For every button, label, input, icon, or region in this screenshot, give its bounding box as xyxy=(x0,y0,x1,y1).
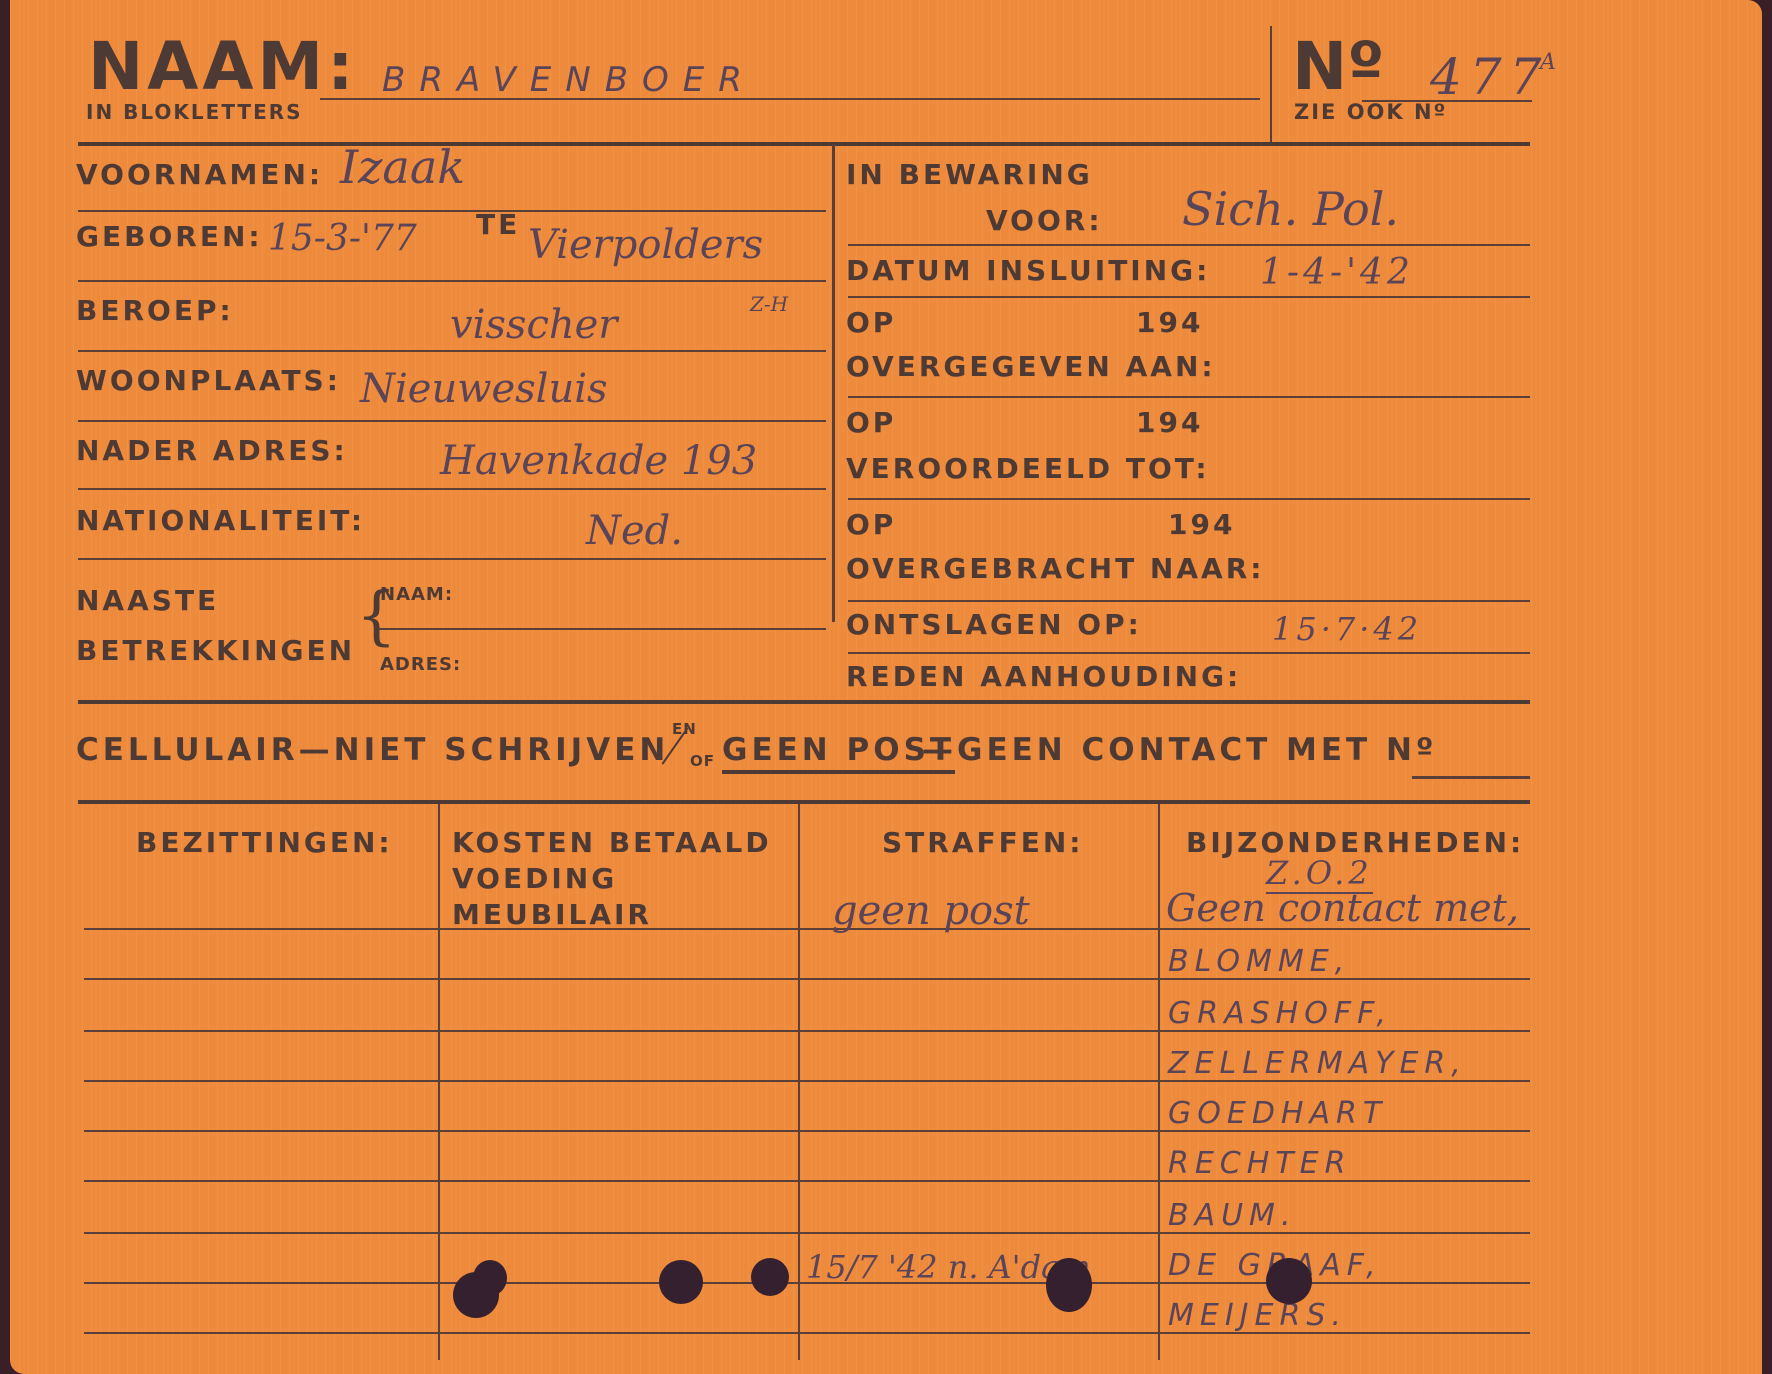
bewaring-label-2: VOOR: xyxy=(986,204,1103,237)
op1-year: 194 xyxy=(1136,306,1203,339)
registration-card: NAAM: IN BLOKLETTERS BRAVENBOER Nº ZIE O… xyxy=(10,0,1762,1374)
column-divider-3 xyxy=(1158,804,1160,1360)
geboren-label: GEBOREN: xyxy=(76,220,263,253)
op3-year: 194 xyxy=(1168,508,1235,541)
ontslagen-value: 15·7·42 xyxy=(1272,610,1422,648)
bijz-name-4: GOEDHART xyxy=(1168,1096,1387,1131)
veroordeeld-line xyxy=(848,498,1530,500)
te-value: Vierpolders xyxy=(528,222,763,268)
naam-underline xyxy=(320,98,1260,100)
column-divider-2 xyxy=(798,804,800,1360)
naaste-naam-line xyxy=(378,628,826,630)
naaste-label-2: BETREKKINGEN xyxy=(76,634,355,667)
bijz-name-5: RECHTER xyxy=(1168,1146,1351,1181)
nader-adres-line xyxy=(78,488,826,490)
bewaring-value: Sich. Pol. xyxy=(1182,182,1399,236)
punch-hole xyxy=(473,1260,507,1296)
ontslagen-line xyxy=(848,652,1530,654)
te-label: TE xyxy=(476,208,520,241)
naaste-adres-label: ADRES: xyxy=(380,654,461,675)
contact-nummer-line xyxy=(1412,776,1530,779)
nummer-value: 477 xyxy=(1430,48,1549,106)
beroep-value: visscher xyxy=(450,302,617,348)
naam-label: NAAM: xyxy=(88,28,357,105)
punch-hole xyxy=(1046,1258,1092,1312)
voornamen-value: Izaak xyxy=(340,140,465,194)
overgebracht-line xyxy=(848,600,1530,602)
row-line-7 xyxy=(84,1232,1530,1234)
ontslagen-label: ONTSLAGEN OP: xyxy=(846,608,1142,641)
naaste-naam-label: NAAM: xyxy=(380,584,453,605)
bijz-name-6: BAUM. xyxy=(1168,1198,1296,1233)
overgegeven-line xyxy=(848,396,1530,398)
nationaliteit-value: Ned. xyxy=(586,508,683,554)
op3-label: OP xyxy=(846,508,896,541)
straffen-header: STRAFFEN: xyxy=(882,826,1084,859)
nader-adres-label: NADER ADRES: xyxy=(76,434,348,467)
instruction-of: OF xyxy=(690,752,715,770)
zie-ook-label: ZIE OOK Nº xyxy=(1294,100,1447,124)
straffen-value: geen post xyxy=(832,888,1030,934)
naam-sublabel: IN BLOKLETTERS xyxy=(86,100,303,124)
bijz-name-1: BLOMME, xyxy=(1168,944,1350,979)
insluiting-line xyxy=(848,296,1530,298)
bijz-name-3: ZELLERMAYER, xyxy=(1168,1046,1467,1081)
header-rule xyxy=(78,142,1530,146)
nader-adres-value: Havenkade 193 xyxy=(440,438,757,484)
instruction-part1: CELLULAIR—NIET SCHRIJVEN xyxy=(76,732,669,768)
nummer-label: Nº xyxy=(1292,28,1384,105)
insluiting-value: 1-4-'42 xyxy=(1260,252,1414,293)
overgegeven-label: OVERGEGEVEN AAN: xyxy=(846,350,1216,383)
voornamen-line xyxy=(78,210,826,212)
kosten-header-1: KOSTEN BETAALD xyxy=(452,826,772,859)
voornamen-label: VOORNAMEN: xyxy=(76,158,323,191)
column-divider-1 xyxy=(438,804,440,1360)
te-note: Z-H xyxy=(750,292,788,316)
punch-hole xyxy=(751,1258,789,1296)
overgebracht-label: OVERGEBRACHT NAAR: xyxy=(846,552,1264,585)
woonplaats-value: Nieuwesluis xyxy=(360,366,608,412)
insluiting-label: DATUM INSLUITING: xyxy=(846,254,1210,287)
beroep-line xyxy=(78,350,826,352)
bezittingen-header: BEZITTINGEN: xyxy=(136,826,393,859)
instruction-part2: —GEEN CONTACT MET Nº xyxy=(922,732,1437,768)
op2-label: OP xyxy=(846,406,896,439)
naam-value: BRAVENBOER xyxy=(382,60,756,100)
bewaring-label-1: IN BEWARING xyxy=(846,158,1093,191)
bijz-name-2: GRASHOFF, xyxy=(1168,996,1392,1031)
veroordeeld-label: VEROORDEELD TOT: xyxy=(846,452,1210,485)
header-divider xyxy=(1270,26,1272,144)
geboren-value: 15-3-'77 xyxy=(268,218,417,259)
punch-hole xyxy=(1266,1258,1312,1304)
bijz-intro: Geen contact met, xyxy=(1166,886,1519,930)
middle-divider xyxy=(832,144,835,622)
op1-label: OP xyxy=(846,306,896,339)
op2-year: 194 xyxy=(1136,406,1203,439)
woonplaats-line xyxy=(78,420,826,422)
naaste-label-1: NAASTE xyxy=(76,584,219,617)
nummer-suffix: A xyxy=(1540,50,1556,75)
punch-hole xyxy=(659,1260,703,1304)
instruction-geen-post: GEEN POST xyxy=(722,732,955,774)
kosten-header-3: MEUBILAIR xyxy=(452,898,652,931)
beroep-label: BEROEP: xyxy=(76,294,234,327)
section-rule-1 xyxy=(78,700,1530,704)
kosten-header-2: VOEDING xyxy=(452,862,617,895)
section-rule-2 xyxy=(78,800,1530,804)
nationaliteit-label: NATIONALITEIT: xyxy=(76,504,365,537)
bijz-name-8: MEIJERS. xyxy=(1168,1298,1347,1333)
bewaring-line xyxy=(848,244,1530,246)
reden-label: REDEN AANHOUDING: xyxy=(846,660,1241,693)
geboren-line xyxy=(78,280,826,282)
nationaliteit-line xyxy=(78,558,826,560)
woonplaats-label: WOONPLAATS: xyxy=(76,364,341,397)
